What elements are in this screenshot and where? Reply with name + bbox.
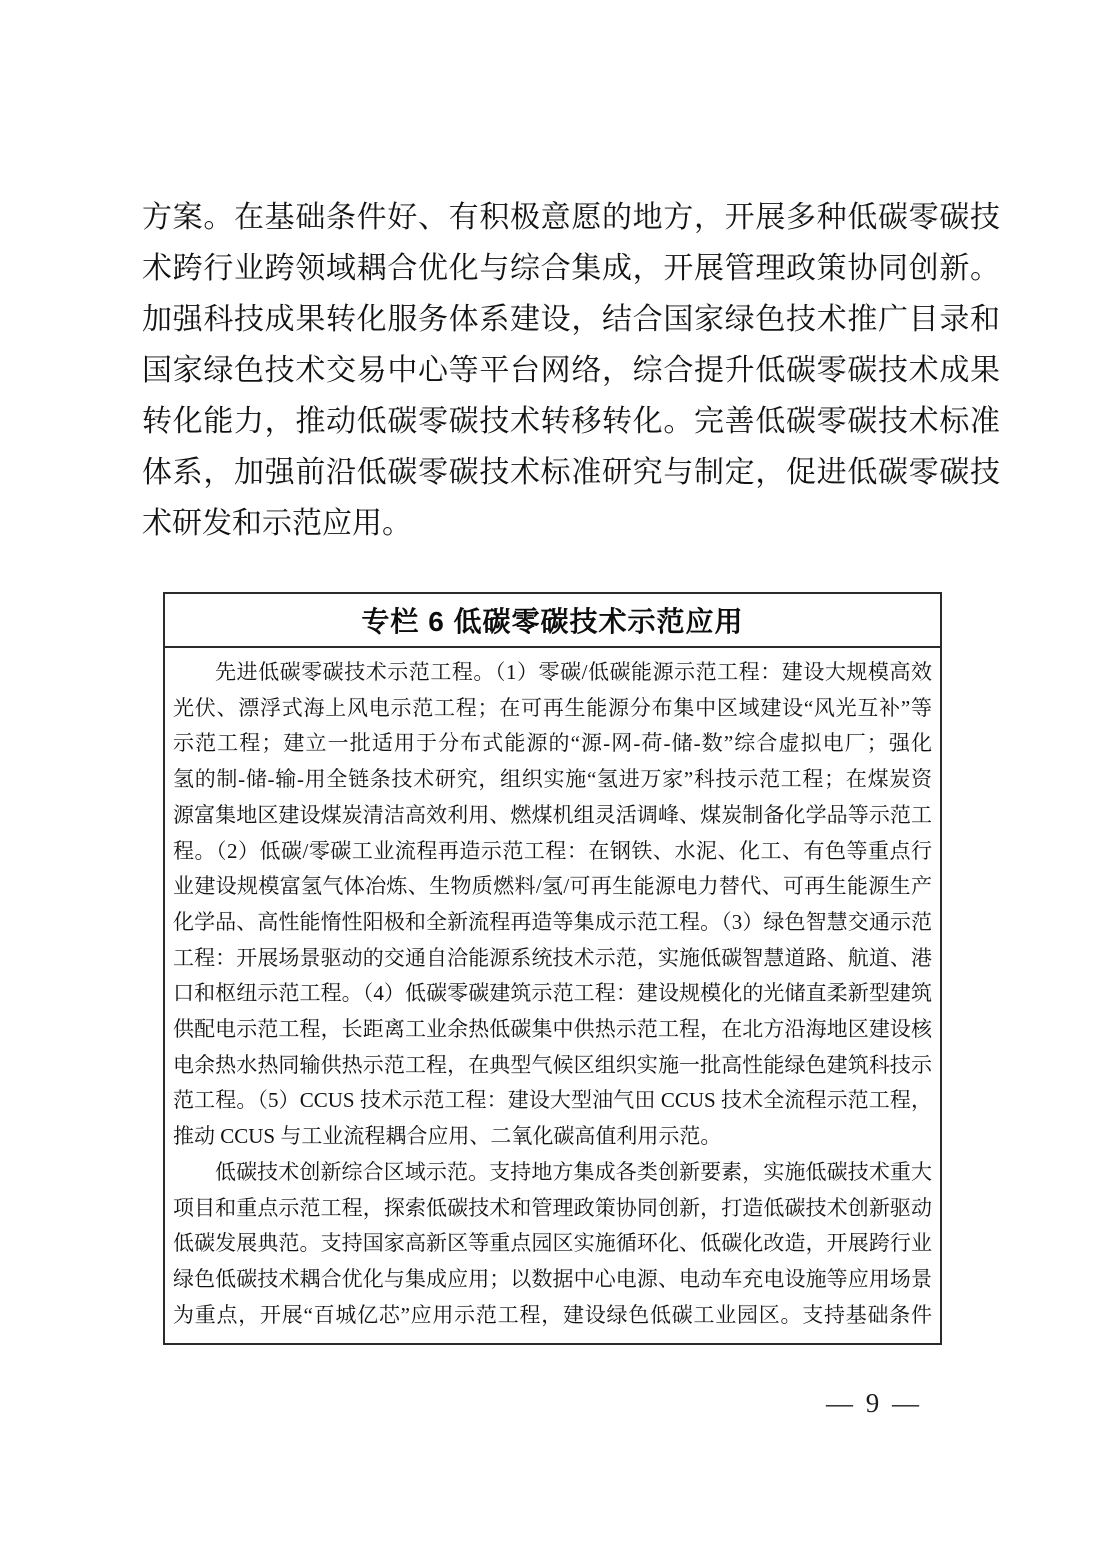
intro-line: 术跨行业跨领域耦合优化与综合集成，开展管理政策协同创新。 xyxy=(142,243,1000,294)
intro-paragraph: 方案。在基础条件好、有积极意愿的地方，开展多种低碳零碳技 术跨行业跨领域耦合优化… xyxy=(142,192,1000,549)
page-number: — 9 — xyxy=(826,1388,922,1419)
box-paragraph1-line: 光伏、漂浮式海上风电示范工程；在可再生能源分布集中区域建设“风光互补”等 xyxy=(173,691,932,727)
box-paragraph1-line: 氢的制-储-输-用全链条技术研究，组织实施“氢进万家”科技示范工程；在煤炭资 xyxy=(173,762,932,798)
column6-body: 先进低碳零碳技术示范工程。（1）零碳/低碳能源示范工程：建设大规模高效 光伏、漂… xyxy=(165,648,940,1333)
intro-line: 转化能力，推动低碳零碳技术转移转化。完善低碳零碳技术标准 xyxy=(142,396,1000,447)
box-paragraph2-line: 绿色低碳技术耦合优化与集成应用；以数据中心电源、电动车充电设施等应用场景 xyxy=(173,1262,932,1298)
box-paragraph1-line: 源富集地区建设煤炭清洁高效利用、燃煤机组灵活调峰、煤炭制备化学品等示范工 xyxy=(173,798,932,834)
box-paragraph1-line: 程。（2）低碳/零碳工业流程再造示范工程：在钢铁、水泥、化工、有色等重点行 xyxy=(173,834,932,870)
box-paragraph2-line: 项目和重点示范工程，探索低碳技术和管理政策协同创新，打造低碳技术创新驱动 xyxy=(173,1191,932,1227)
column6-title: 专栏 6 低碳零碳技术示范应用 xyxy=(165,594,940,648)
box-paragraph1-line: 工程：开展场景驱动的交通自洽能源系统技术示范，实施低碳智慧道路、航道、港 xyxy=(173,941,932,977)
box-paragraph1-line: 先进低碳零碳技术示范工程。（1）零碳/低碳能源示范工程：建设大规模高效 xyxy=(173,655,932,691)
column6-box: 专栏 6 低碳零碳技术示范应用 先进低碳零碳技术示范工程。（1）零碳/低碳能源示… xyxy=(163,592,942,1345)
intro-line: 体系，加强前沿低碳零碳技术标准研究与制定，促进低碳零碳技 xyxy=(142,447,1000,498)
box-paragraph2-line: 为重点，开展“百城亿芯”应用示范工程，建设绿色低碳工业园区。支持基础条件 xyxy=(173,1298,932,1334)
box-paragraph1-line: 电余热水热同输供热示范工程，在典型气候区组织实施一批高性能绿色建筑科技示 xyxy=(173,1048,932,1084)
box-paragraph2-line: 低碳技术创新综合区域示范。支持地方集成各类创新要素，实施低碳技术重大 xyxy=(173,1155,932,1191)
box-paragraph1-line: 口和枢纽示范工程。（4）低碳零碳建筑示范工程：建设规模化的光储直柔新型建筑 xyxy=(173,976,932,1012)
box-paragraph1-line: 示范工程；建立一批适用于分布式能源的“源-网-荷-储-数”综合虚拟电厂；强化 xyxy=(173,726,932,762)
box-paragraph1-line: 供配电示范工程，长距离工业余热低碳集中供热示范工程，在北方沿海地区建设核 xyxy=(173,1012,932,1048)
intro-line: 加强科技成果转化服务体系建设，结合国家绿色技术推广目录和 xyxy=(142,294,1000,345)
box-paragraph1-line: 业建设规模富氢气体冶炼、生物质燃料/氢/可再生能源电力替代、可再生能源生产 xyxy=(173,869,932,905)
box-paragraph1-line: 范工程。（5）CCUS 技术示范工程：建设大型油气田 CCUS 技术全流程示范工… xyxy=(173,1083,932,1119)
box-paragraph1-line: 推动 CCUS 与工业流程耦合应用、二氧化碳高值利用示范。 xyxy=(173,1119,932,1155)
intro-line: 术研发和示范应用。 xyxy=(142,498,1000,549)
intro-line: 国家绿色技术交易中心等平台网络，综合提升低碳零碳技术成果 xyxy=(142,345,1000,396)
intro-line: 方案。在基础条件好、有积极意愿的地方，开展多种低碳零碳技 xyxy=(142,192,1000,243)
document-page: 方案。在基础条件好、有积极意愿的地方，开展多种低碳零碳技 术跨行业跨领域耦合优化… xyxy=(0,0,1102,1559)
box-paragraph2-line: 低碳发展典范。支持国家高新区等重点园区实施循环化、低碳化改造，开展跨行业 xyxy=(173,1226,932,1262)
box-paragraph1-line: 化学品、高性能惰性阳极和全新流程再造等集成示范工程。（3）绿色智慧交通示范 xyxy=(173,905,932,941)
